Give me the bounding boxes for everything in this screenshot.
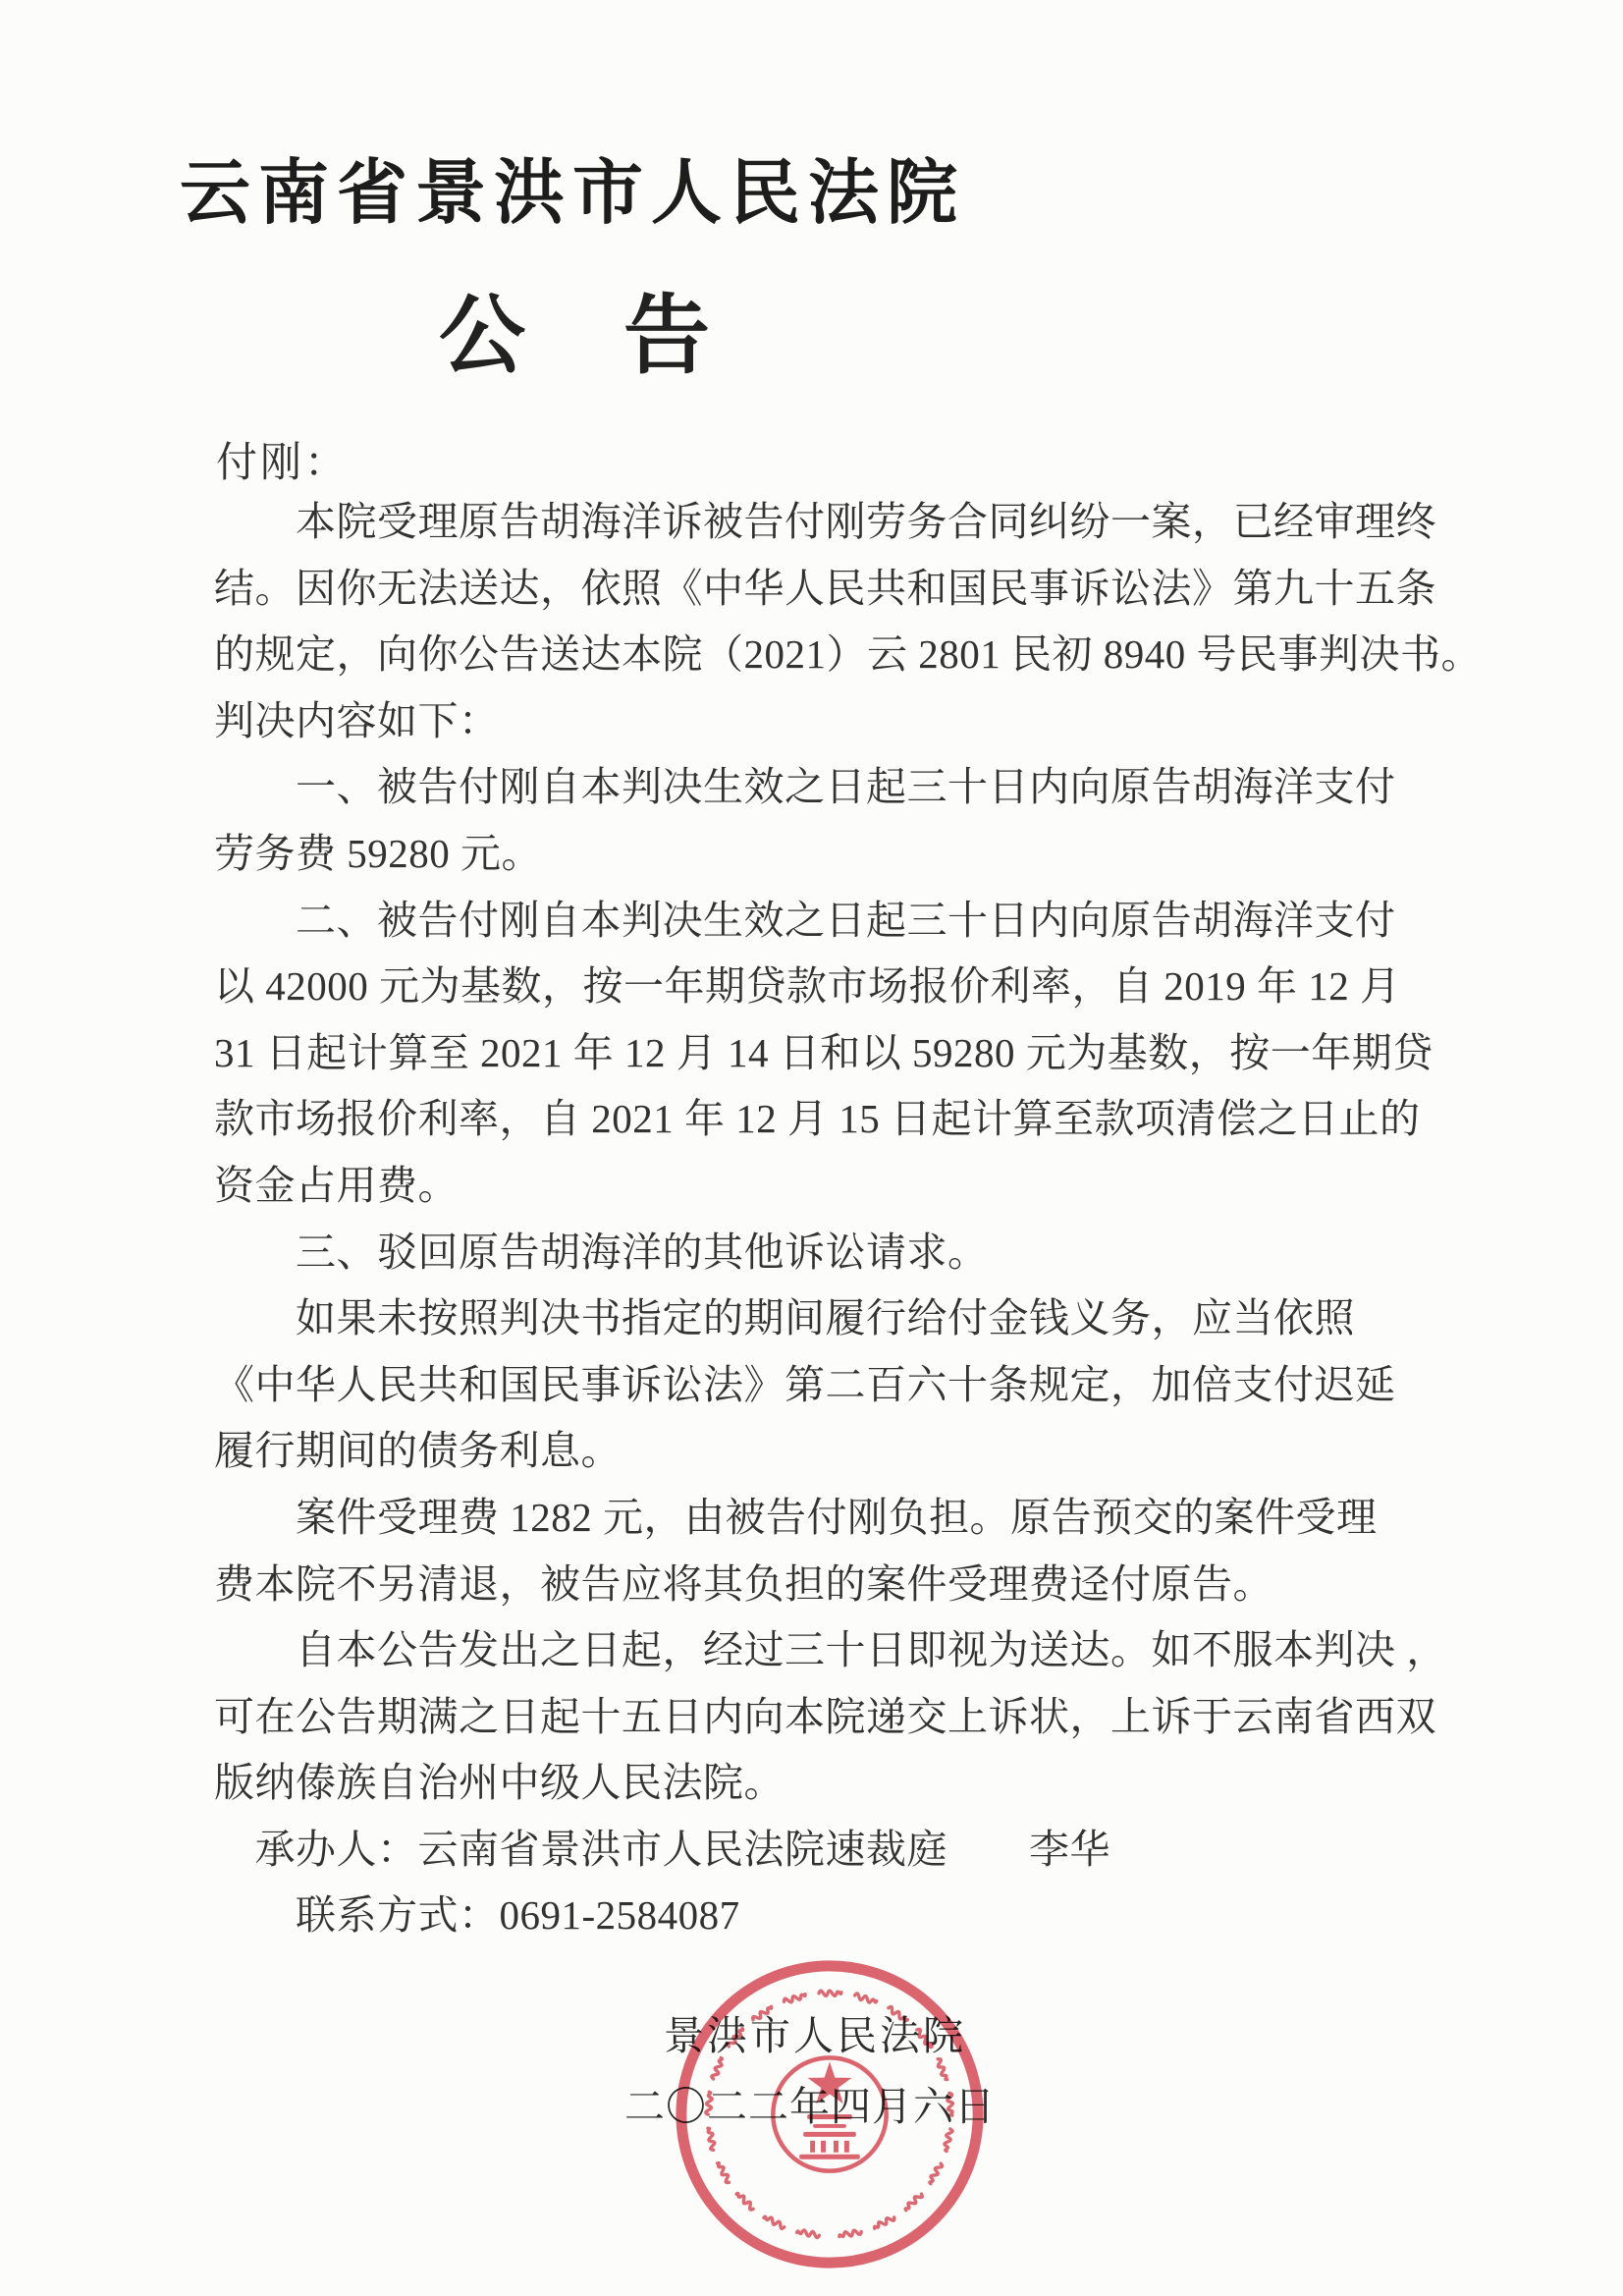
body-line: 的规定，向你公告送达本院（2021）云 2801 民初 8940 号民事判决书。 [214,622,1279,688]
body-line: 如果未按照判决书指定的期间履行给付金钱义务，应当依照 [214,1285,1279,1352]
body-line: 本院受理原告胡海洋诉被告付刚劳务合同纠纷一案，已经审理终 [214,489,1279,556]
body-line: 以 42000 元为基数，按一年期贷款市场报价利率，自 2019 年 12 月 [214,954,1279,1020]
body-line: 结。因你无法送达，依照《中华人民共和国民事诉讼法》第九十五条 [214,556,1279,623]
announcement-page: 云南省景洪市人民法院 公 告 付刚： 本院受理原告胡海洋诉被告付刚劳务合同纠纷一… [0,0,1623,2296]
national-emblem-icon [773,2057,886,2170]
body-line: 资金占用费。 [214,1153,1279,1220]
body-line: 二、被告付刚自本判决生效之日起三十日内向原告胡海洋支付 [214,888,1279,955]
announcement-body: 本院受理原告胡海洋诉被告付刚劳务合同纠纷一案，已经审理终结。因你无法送达，依照《… [214,489,1279,1949]
body-line: 可在公告期满之日起十五日内向本院递交上诉状，上诉于云南省西双 [214,1684,1279,1751]
body-line: 31 日起计算至 2021 年 12 月 14 日和以 59280 元为基数，按… [214,1020,1279,1087]
body-line: 自本公告发出之日起，经过三十日即视为送达。如不服本判决 ， [214,1617,1279,1684]
body-line: 费本院不另清退，被告应将其负担的案件受理费迳付原告。 [214,1552,1279,1618]
body-line: 劳务费 59280 元。 [214,821,1279,888]
court-name-title: 云南省景洪市人民法院 [180,136,1260,238]
body-line: 案件受理费 1282 元，由被告付刚负担。原告预交的案件受理 [214,1485,1279,1552]
body-line: 承办人：云南省景洪市人民法院速裁庭 李华 [214,1817,1279,1884]
body-line: 三、驳回原告胡海洋的其他诉讼请求。 [214,1220,1279,1286]
body-line: 《中华人民共和国民事诉讼法》第二百六十条规定，加倍支付迟延 [214,1352,1279,1419]
body-line: 版纳傣族自治州中级人民法院。 [214,1750,1279,1817]
official-court-seal-icon [664,1948,996,2280]
body-line: 一、被告付刚自本判决生效之日起三十日内向原告胡海洋支付 [214,754,1279,821]
body-line: 联系方式：0691-2584087 [214,1883,1279,1949]
body-line: 履行期间的债务利息。 [214,1418,1279,1485]
addressee: 付刚： [216,430,349,489]
doc-title: 公 告 [439,267,1126,391]
body-line: 判决内容如下： [214,688,1279,755]
body-line: 款市场报价利率，自 2021 年 12 月 15 日起计算至款项清偿之日止的 [214,1086,1279,1153]
